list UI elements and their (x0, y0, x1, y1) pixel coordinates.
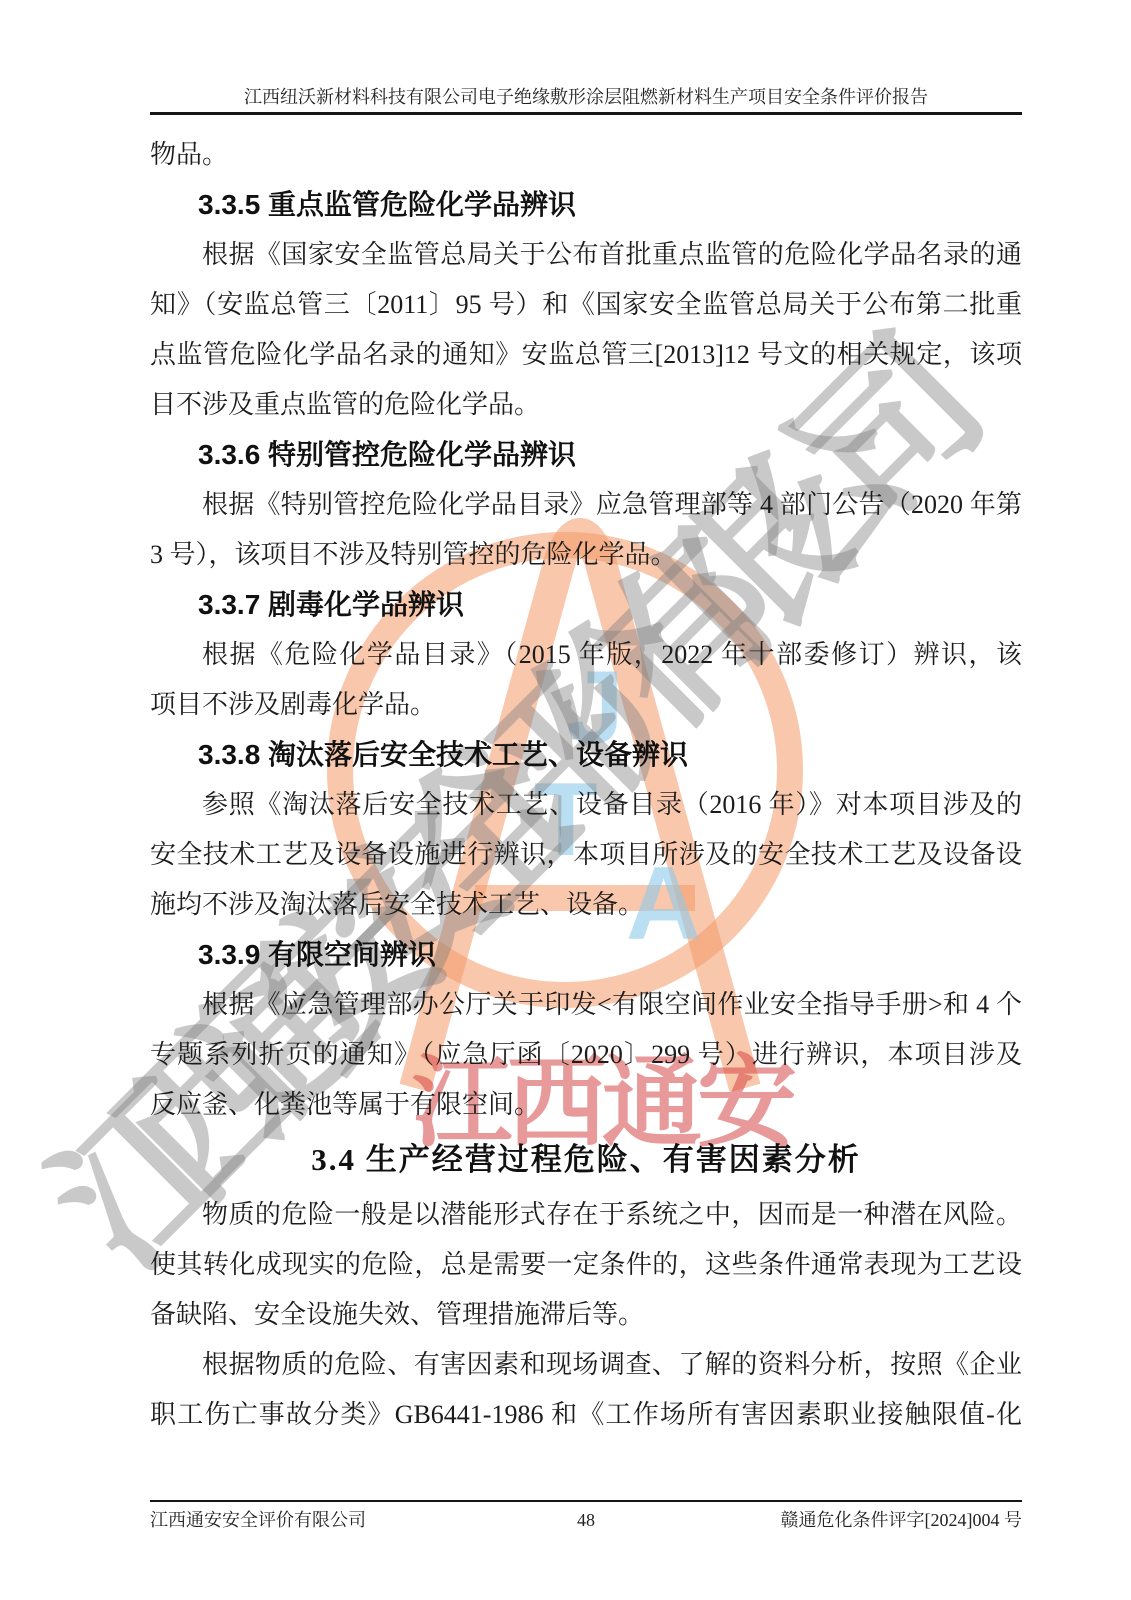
section-heading-3-3-7: 3.3.7 剧毒化学品辨识 (150, 580, 1022, 630)
body-line: 根据《特别管控危险化学品目录》应急管理部等 4 部门公告（2020 年第 (150, 480, 1022, 530)
body-line: 知》（安监总管三〔2011〕95 号）和《国家安全监管总局关于公布第二批重 (150, 280, 1022, 330)
footer-company: 江西通安安全评价有限公司 (150, 1506, 366, 1534)
body-line: 项目不涉及剧毒化学品。 (150, 680, 1022, 730)
body-line: 根据物质的危险、有害因素和现场调查、了解的资料分析，按照《企业 (150, 1340, 1022, 1390)
page-content: 物品。 3.3.5 重点监管危险化学品辨识 根据《国家安全监管总局关于公布首批重… (150, 130, 1022, 1440)
body-line: 使其转化成现实的危险，总是需要一定条件的，这些条件通常表现为工艺设 (150, 1240, 1022, 1290)
page-footer: 48 江西通安安全评价有限公司 赣通危化条件评字[2024]004 号 (150, 1506, 1022, 1534)
section-heading-3-3-9: 3.3.9 有限空间辨识 (150, 930, 1022, 980)
section-heading-3-4: 3.4 生产经营过程危险、有害因素分析 (150, 1130, 1022, 1190)
body-line: 根据《危险化学品目录》（2015 年版，2022 年十部委修订）辨识，该 (150, 630, 1022, 680)
body-line: 点监管危险化学品名录的通知》安监总管三[2013]12 号文的相关规定，该项 (150, 330, 1022, 380)
footer-doc-number: 赣通危化条件评字[2024]004 号 (781, 1506, 1023, 1534)
body-line: 物品。 (150, 130, 1022, 180)
body-line: 3 号），该项目不涉及特别管控的危险化学品。 (150, 530, 1022, 580)
body-line: 反应釜、化粪池等属于有限空间。 (150, 1080, 1022, 1130)
body-line: 备缺陷、安全设施失效、管理措施滞后等。 (150, 1290, 1022, 1340)
body-line: 施均不涉及淘汰落后安全技术工艺、设备。 (150, 880, 1022, 930)
body-line: 专题系列折页的通知》（应急厅函〔2020〕299 号）进行辨识，本项目涉及 (150, 1030, 1022, 1080)
body-line: 根据《国家安全监管总局关于公布首批重点监管的危险化学品名录的通 (150, 230, 1022, 280)
footer-rule (150, 1500, 1022, 1502)
header-rule (150, 112, 1022, 115)
page-header-title: 江西纽沃新材料科技有限公司电子绝缘敷形涂层阻燃新材料生产项目安全条件评价报告 (150, 84, 1022, 110)
body-line: 目不涉及重点监管的危险化学品。 (150, 380, 1022, 430)
body-line: 参照《淘汰落后安全技术工艺、设备目录（2016 年）》对本项目涉及的 (150, 780, 1022, 830)
document-page: J T A 江西通安安全评价有限公司 江西通安 江西纽沃新材料科技有限公司电子绝… (0, 0, 1131, 1600)
body-line: 安全技术工艺及设备设施进行辨识，本项目所涉及的安全技术工艺及设备设 (150, 830, 1022, 880)
body-line: 物质的危险一般是以潜能形式存在于系统之中，因而是一种潜在风险。 (150, 1190, 1022, 1240)
body-line: 根据《应急管理部办公厅关于印发<有限空间作业安全指导手册>和 4 个 (150, 980, 1022, 1030)
section-heading-3-3-8: 3.3.8 淘汰落后安全技术工艺、设备辨识 (150, 730, 1022, 780)
section-heading-3-3-6: 3.3.6 特别管控危险化学品辨识 (150, 430, 1022, 480)
body-line: 职工伤亡事故分类》GB6441-1986 和《工作场所有害因素职业接触限值-化 (150, 1390, 1022, 1440)
section-heading-3-3-5: 3.3.5 重点监管危险化学品辨识 (150, 180, 1022, 230)
